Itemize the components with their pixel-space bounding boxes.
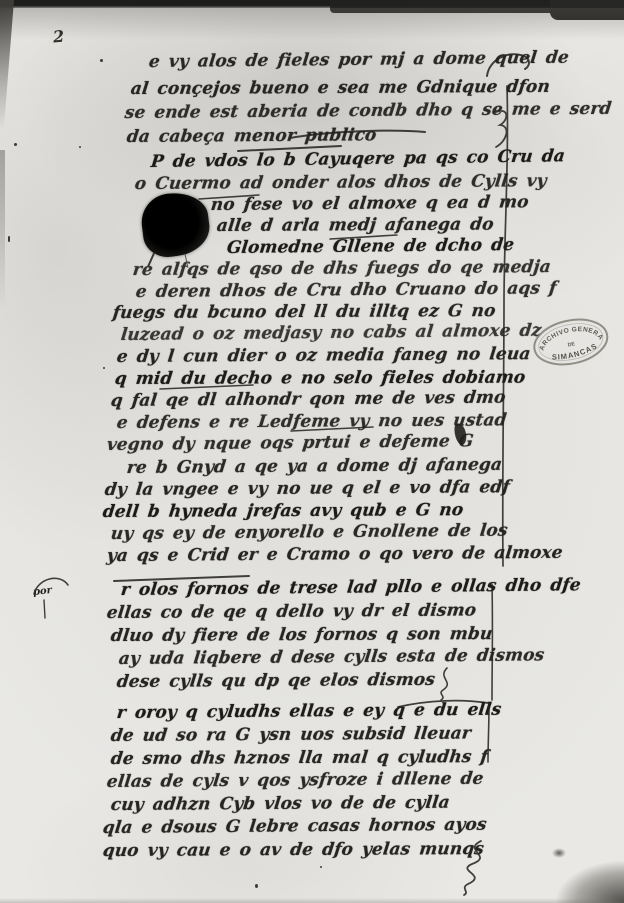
right-margin-rule-3 bbox=[488, 704, 489, 762]
top-right-bracket-flourish bbox=[487, 54, 529, 76]
flourish-layer bbox=[0, 0, 624, 903]
line-tail-stroke bbox=[290, 131, 425, 138]
margin-note-descender bbox=[44, 600, 45, 618]
overline-stroke-1 bbox=[238, 146, 341, 151]
underline-stroke-2 bbox=[330, 235, 397, 239]
manuscript-page: 2 e vy alos de fieles por mj a dome quel… bbox=[0, 0, 624, 903]
overline-stroke-3 bbox=[398, 701, 488, 707]
underline-stroke-3 bbox=[160, 385, 253, 389]
underline-stroke-4 bbox=[291, 427, 373, 431]
right-margin-rule-1 bbox=[503, 86, 508, 566]
paragraph-end-flourish-1 bbox=[496, 111, 507, 147]
paragraph-end-flourish-2 bbox=[441, 668, 447, 700]
margin-note-arc bbox=[34, 578, 68, 594]
bottom-zigzag-flourish bbox=[464, 841, 481, 895]
underline-stroke-1 bbox=[199, 195, 259, 199]
overline-stroke-2 bbox=[114, 576, 249, 581]
